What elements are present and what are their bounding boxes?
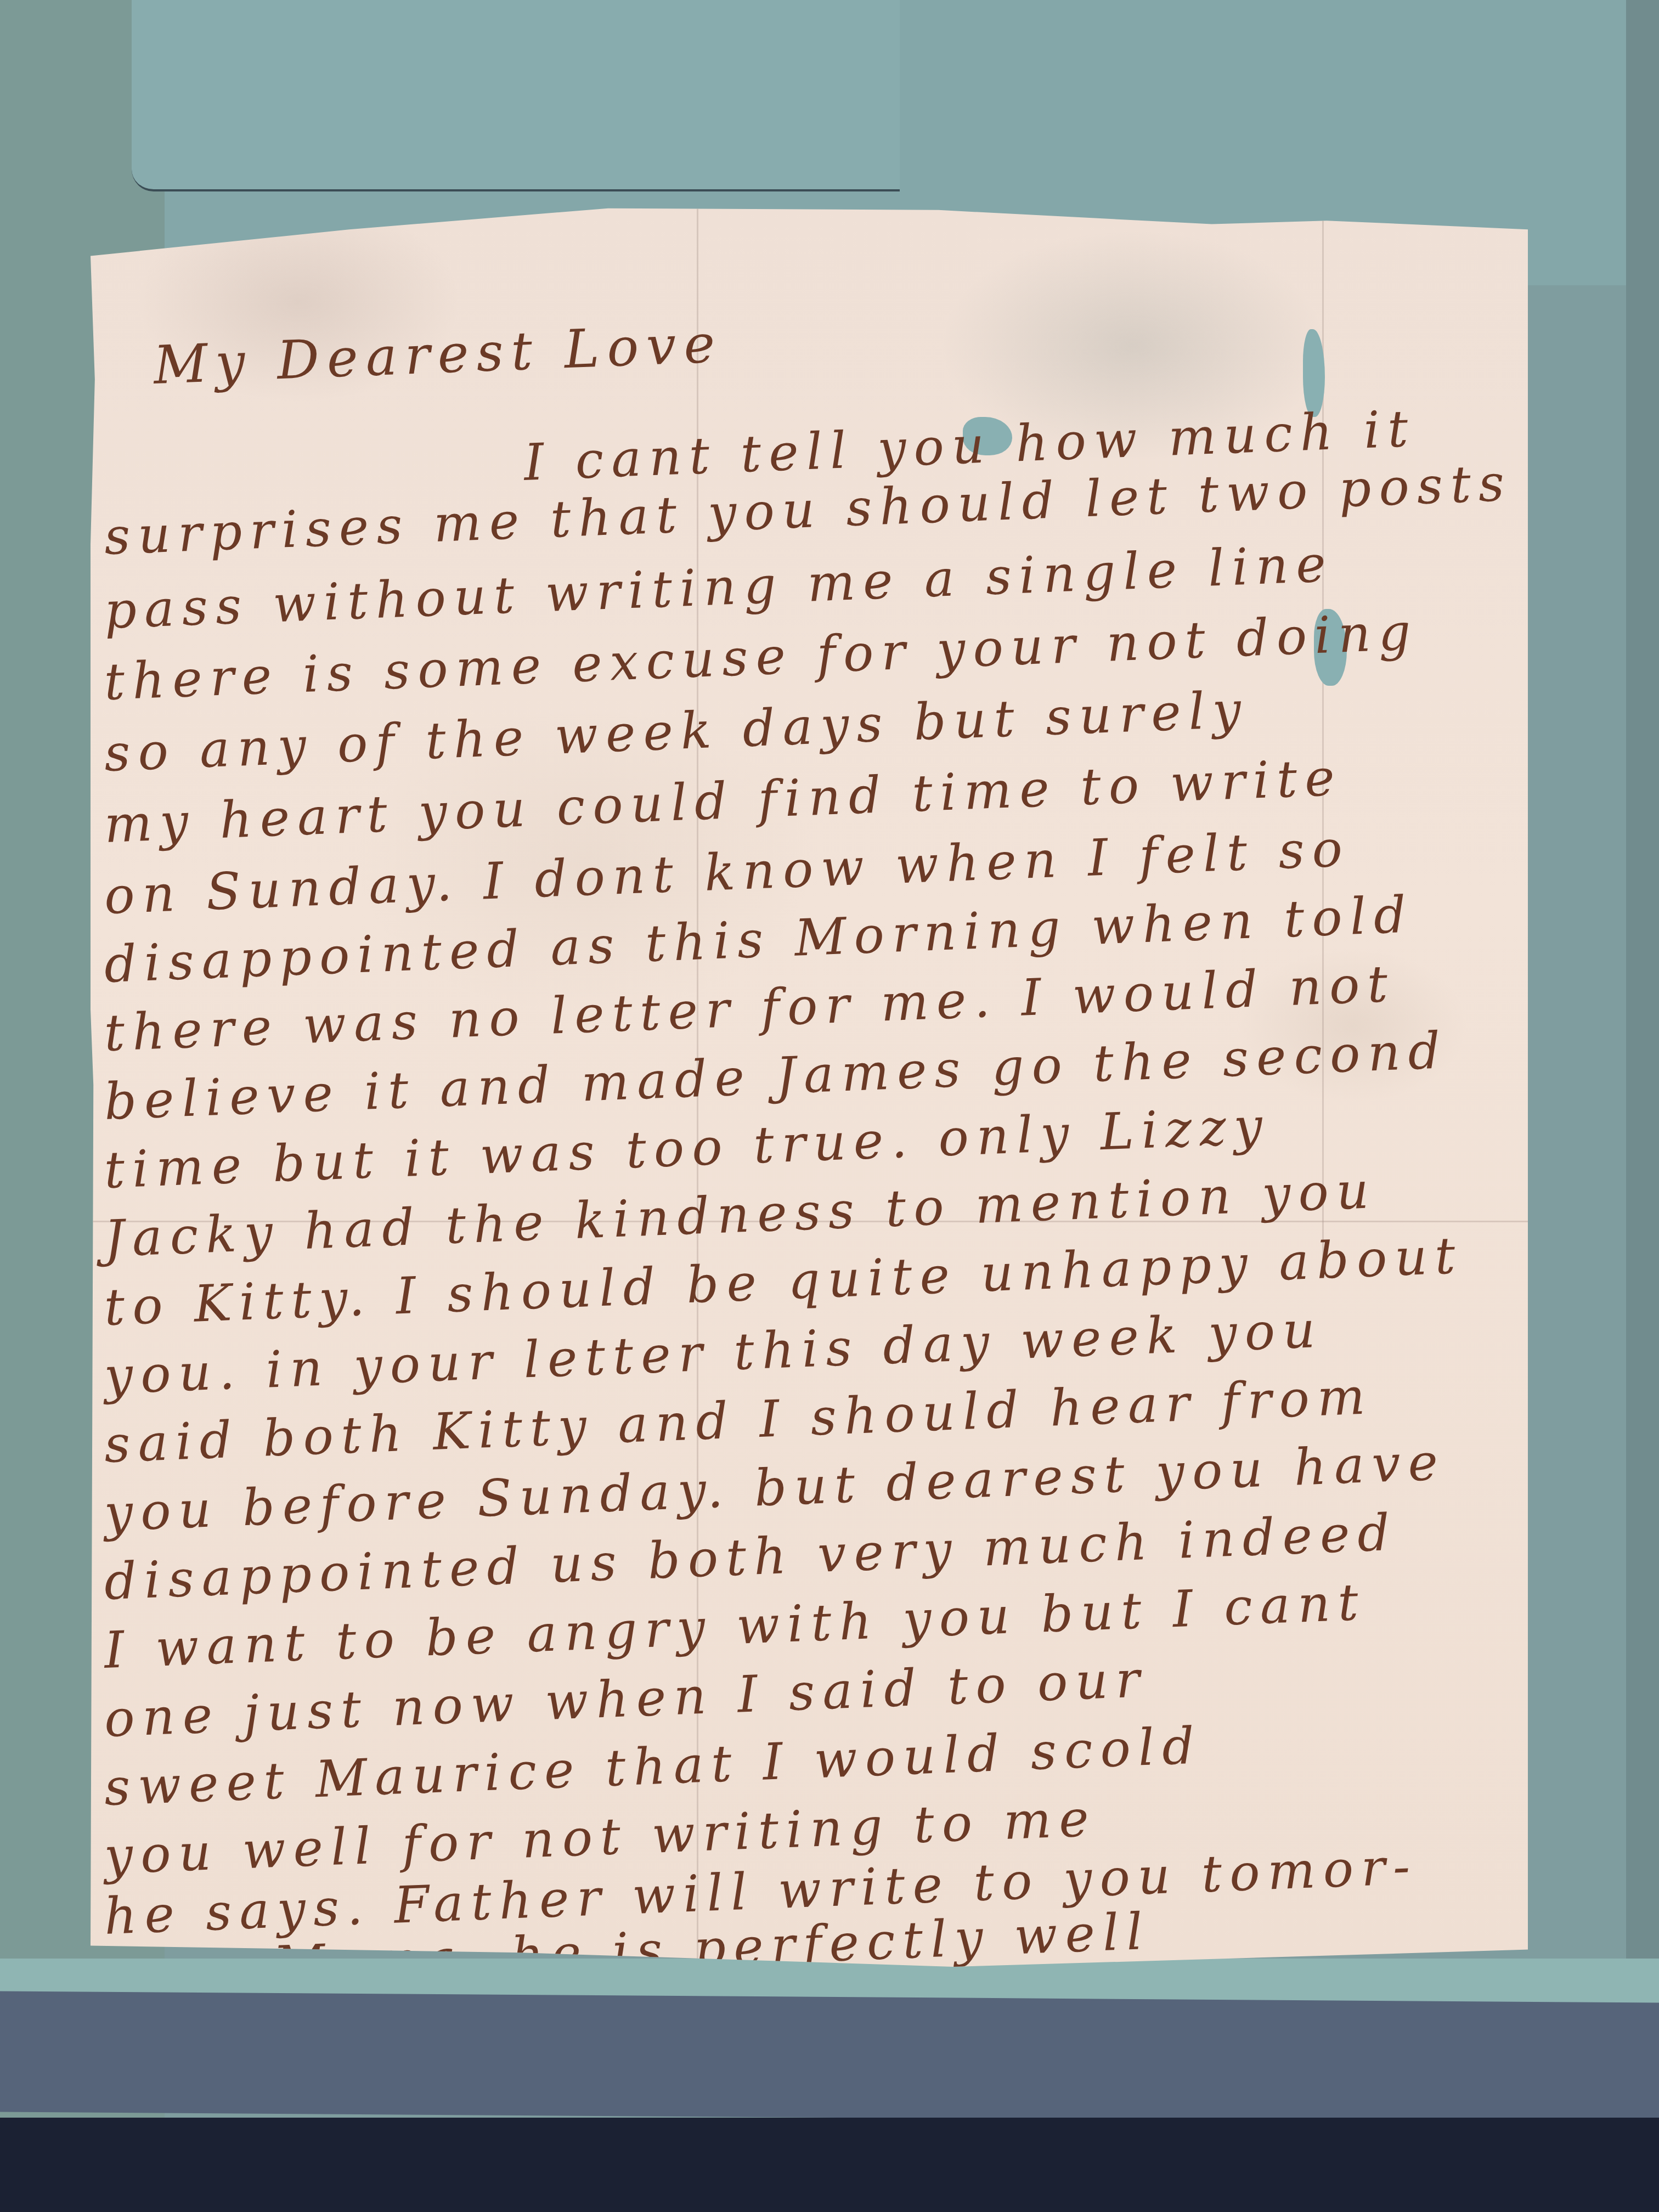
letter-sheet: My Dearest Love I cant tell you how much… (91, 203, 1528, 1967)
table-surface (0, 2118, 1659, 2212)
folder-flap (132, 0, 900, 191)
folder-right-edge (1626, 0, 1659, 2212)
salutation: My Dearest Love (153, 313, 724, 396)
letter-text: My Dearest Love I cant tell you how much… (91, 203, 1528, 1967)
backing-board (0, 1991, 1659, 2123)
